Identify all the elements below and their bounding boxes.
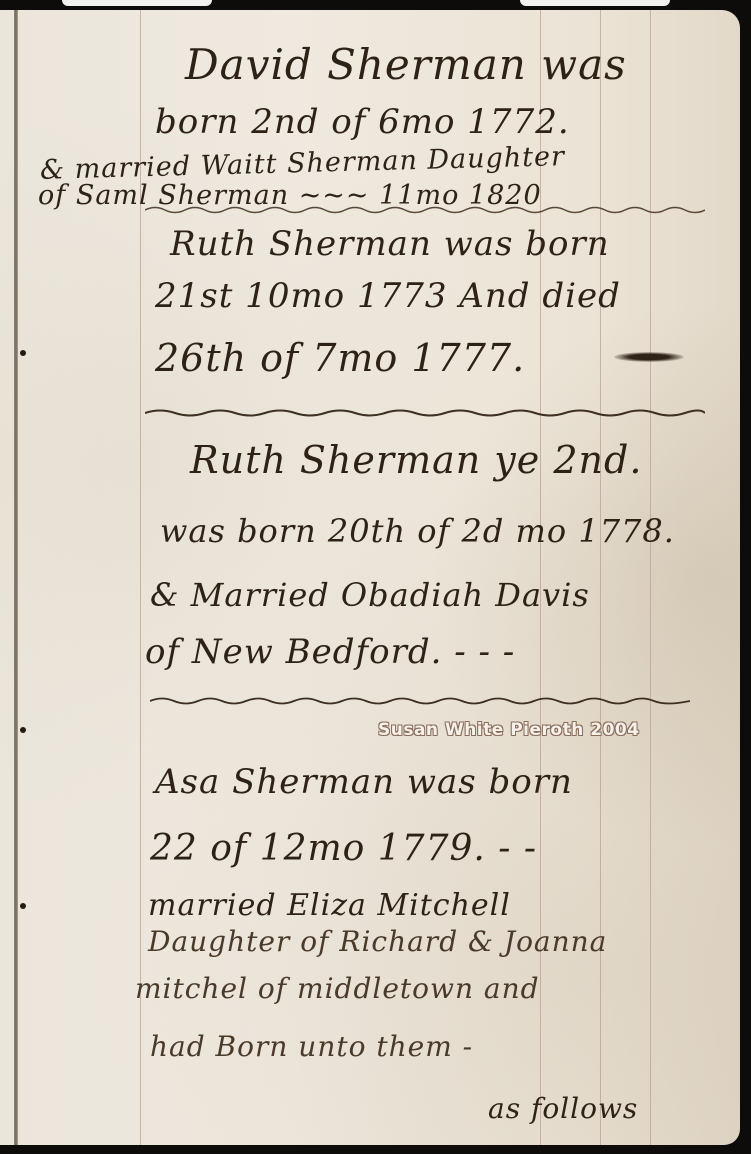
- ink-blot: [614, 352, 684, 362]
- entry-line: was born 20th of 2d mo 1778.: [160, 512, 675, 550]
- entry-line: Ruth Sherman was born: [170, 224, 610, 264]
- adjacent-page-edge: [520, 0, 670, 6]
- entry-line: married Eliza Mitchell: [148, 888, 511, 923]
- page-binding-edge: [14, 10, 18, 1145]
- entry-line: as follows: [488, 1092, 638, 1125]
- ledger-page: David Sherman was born 2nd of 6mo 1772. …: [0, 10, 740, 1145]
- entry-line: 26th of 7mo 1777.: [155, 336, 525, 380]
- entry-line: & Married Obadiah Davis: [150, 576, 590, 614]
- entry-line: born 2nd of 6mo 1772.: [155, 102, 570, 142]
- column-rule: [650, 10, 651, 1145]
- entry-line: mitchel of middletown and: [135, 972, 540, 1005]
- divider-squiggle: [145, 205, 705, 215]
- column-rule: [600, 10, 601, 1145]
- entry-line: 22 of 12mo 1779. - -: [150, 828, 537, 869]
- entry-line: had Born unto them -: [150, 1030, 473, 1063]
- entry-line: Daughter of Richard & Joanna: [148, 925, 607, 958]
- entry-line: 21st 10mo 1773 And died: [155, 276, 621, 316]
- copyright-watermark: Susan White Pieroth 2004: [378, 720, 640, 740]
- binding-stitch-mark: [20, 903, 26, 909]
- entry-line: Asa Sherman was born: [155, 762, 573, 802]
- binding-stitch-mark: [20, 727, 26, 733]
- adjacent-page-edge: [62, 0, 212, 6]
- entry-line: David Sherman was: [185, 40, 627, 89]
- divider-squiggle: [150, 696, 690, 706]
- entry-line: Ruth Sherman ye 2nd.: [190, 438, 642, 482]
- divider-squiggle: [145, 408, 705, 418]
- entry-line: of New Bedford. - - -: [145, 632, 515, 672]
- binding-stitch-mark: [20, 350, 26, 356]
